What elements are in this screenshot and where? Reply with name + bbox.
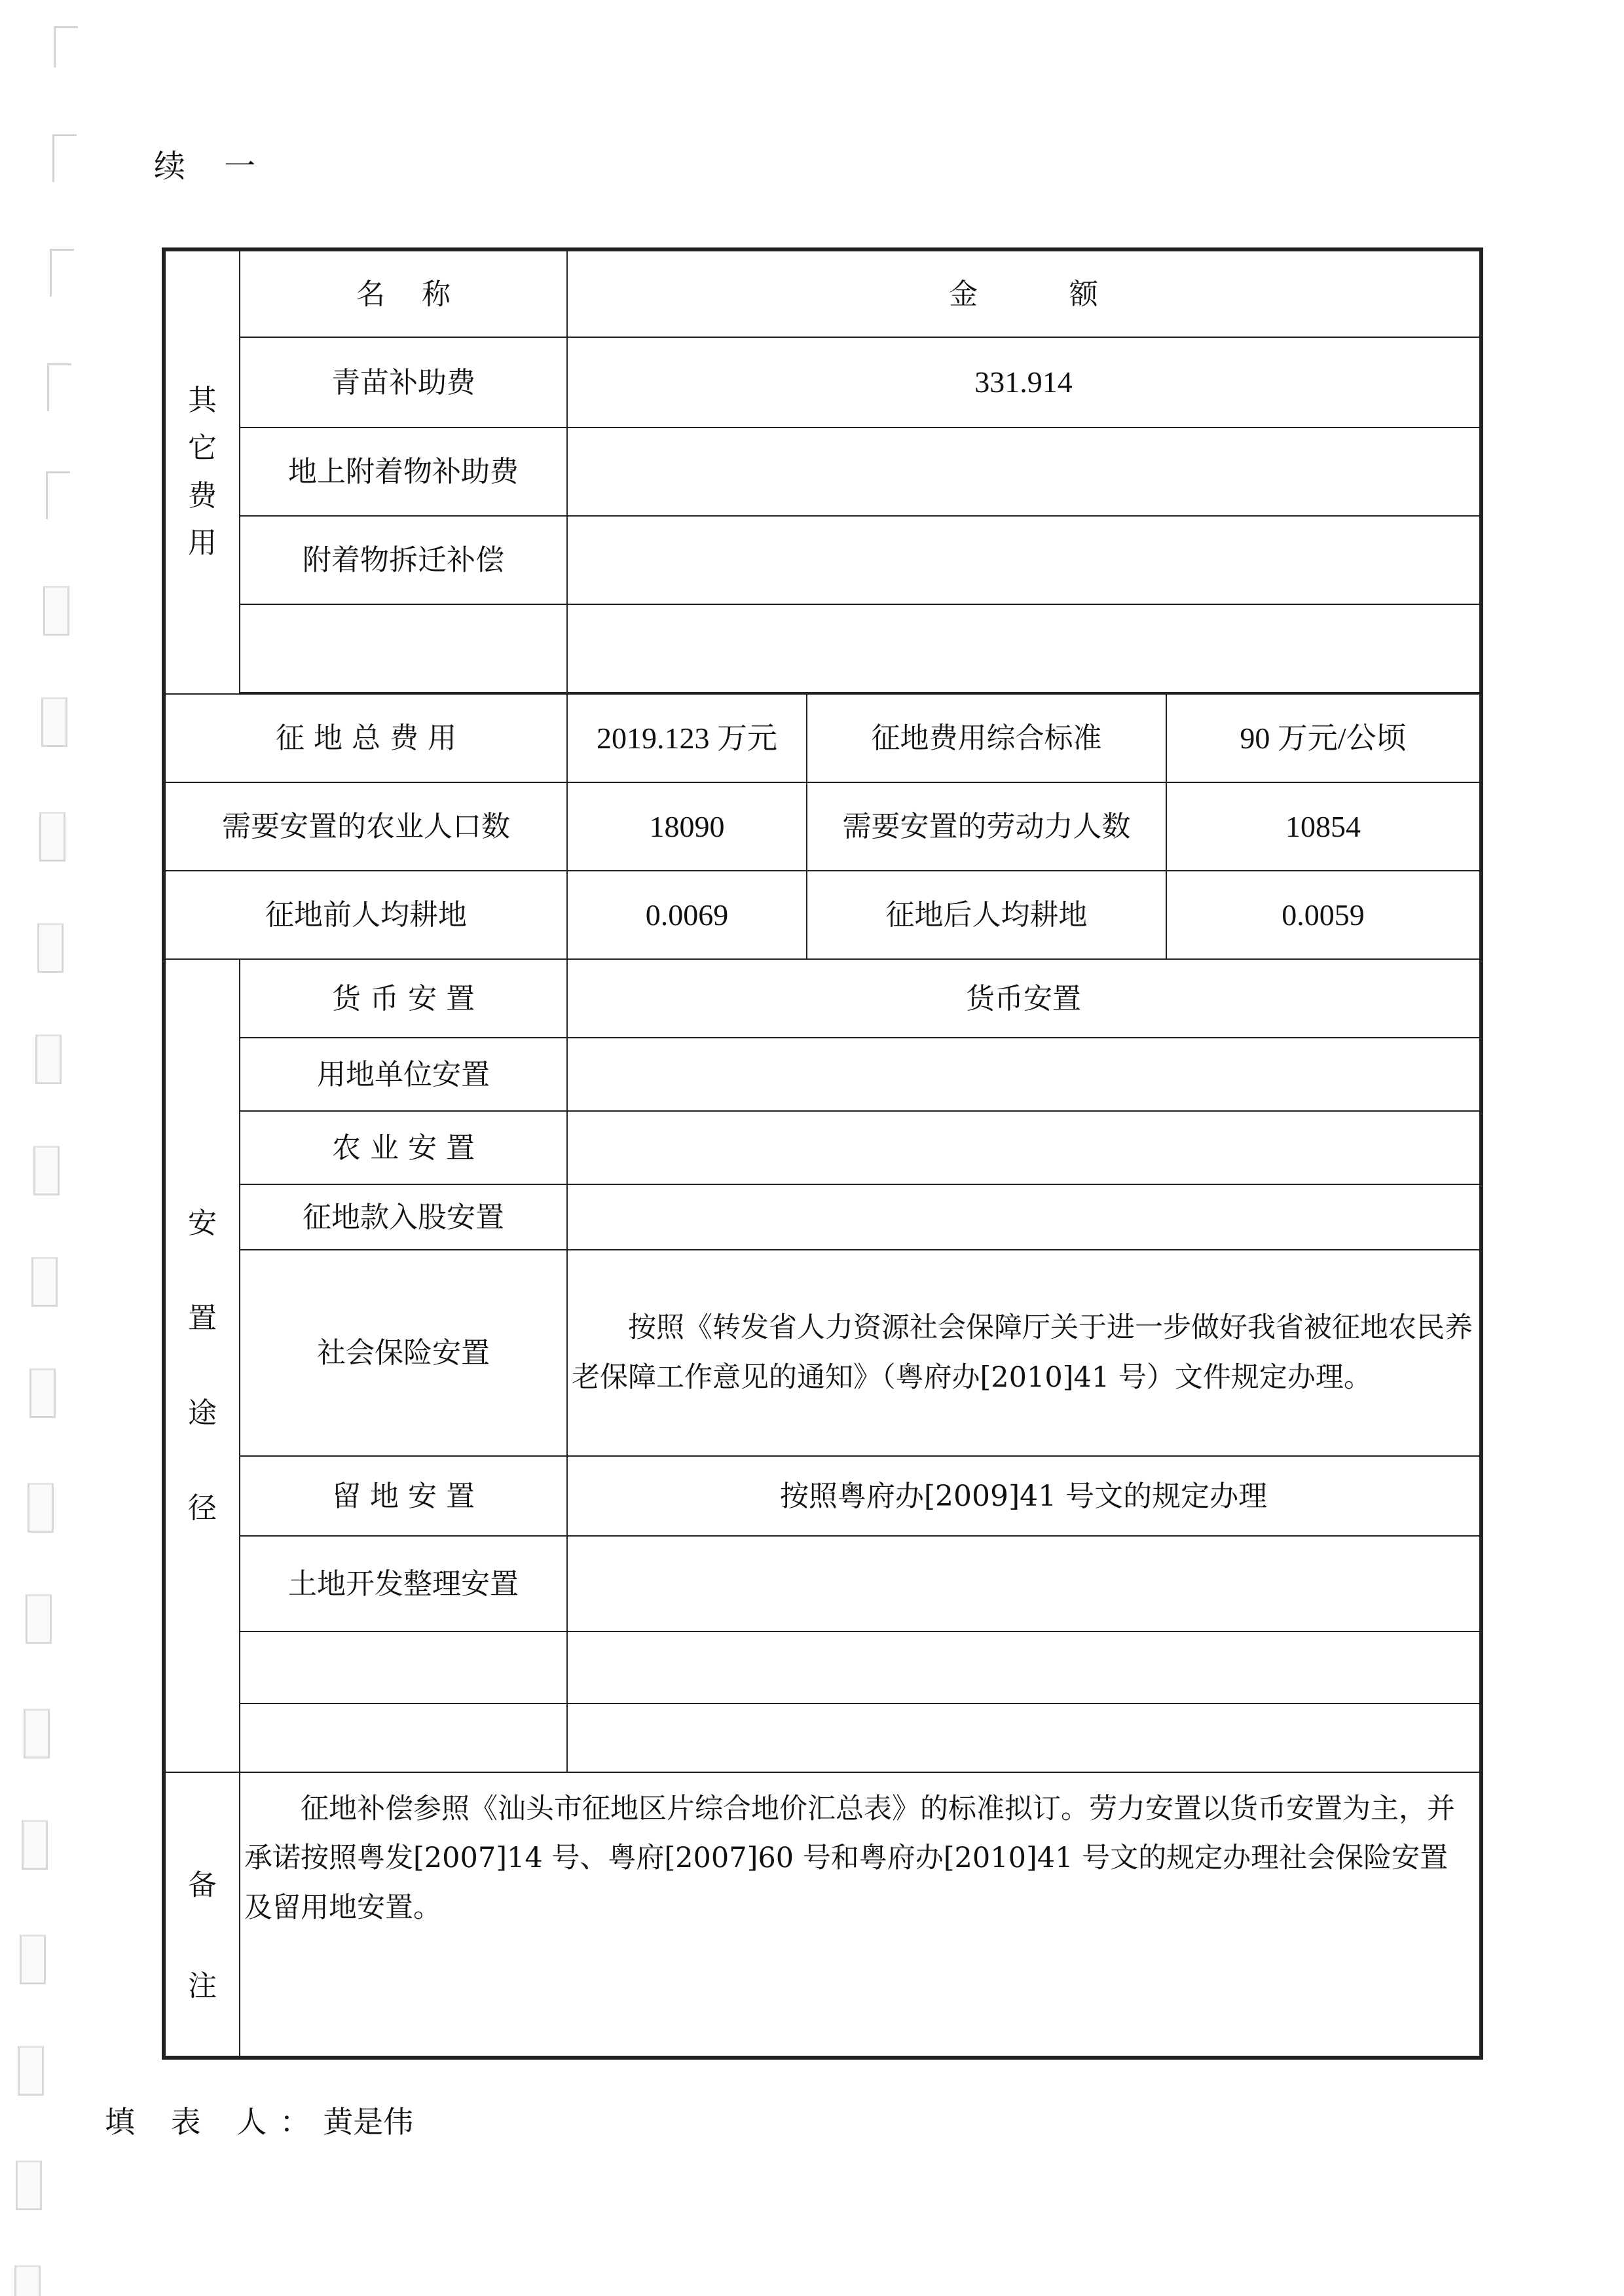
cost-item-amount: 331.914	[567, 337, 1481, 428]
filler-label: 填 表 人：	[105, 2104, 323, 2140]
resettlement-method-value	[567, 1536, 1481, 1631]
resettlement-method-name: 货 币 安 置	[240, 959, 567, 1038]
summary-row: 征地前人均耕地 0.0069 征地后人均耕地 0.0059	[164, 871, 1481, 959]
page-heading: 续 一	[154, 141, 270, 186]
resettlement-method-value: 货币安置	[567, 959, 1481, 1038]
summary-label: 征地后人均耕地	[807, 871, 1166, 959]
binding-mark	[22, 1820, 48, 1870]
binding-mark	[28, 1483, 54, 1533]
form-filler: 填 表 人：黄是伟	[105, 2098, 413, 2141]
resettlement-method-value	[567, 1631, 1481, 1704]
binding-mark	[24, 1709, 50, 1758]
resettlement-method-name	[240, 1631, 567, 1704]
summary-value: 2019.123 万元	[567, 694, 807, 782]
resettlement-method-value: 按照粤府办[2009]41 号文的规定办理	[567, 1456, 1481, 1536]
table-row: 附着物拆迁补偿	[164, 516, 1481, 604]
resettlement-method-name	[240, 1704, 567, 1772]
binding-mark	[18, 2046, 44, 2096]
summary-row: 需要安置的农业人口数 18090 需要安置的劳动力人数 10854	[164, 782, 1481, 871]
binding-mark	[54, 26, 78, 67]
summary-value: 10854	[1166, 782, 1481, 871]
binding-mark	[16, 2160, 42, 2210]
cost-item-amount	[567, 516, 1481, 604]
binding-mark	[47, 363, 71, 411]
table-row: 地上附着物补助费	[164, 428, 1481, 516]
cost-item-name: 地上附着物补助费	[240, 428, 567, 516]
binding-mark	[39, 812, 65, 862]
binding-mark	[31, 1257, 58, 1307]
remarks-section-label: 备 注	[164, 1772, 240, 2058]
resettlement-row	[164, 1704, 1481, 1772]
cost-item-name	[240, 604, 567, 693]
resettlement-row: 征地款入股安置	[164, 1184, 1481, 1250]
cost-item-name: 附着物拆迁补偿	[240, 516, 567, 604]
cost-item-amount	[567, 604, 1481, 693]
column-header-name: 名 称	[240, 249, 567, 337]
binding-mark	[20, 1935, 46, 1984]
binding-mark	[35, 1034, 62, 1084]
summary-label: 征地费用综合标准	[807, 694, 1166, 782]
other-costs-section-label: 其 它 费 用	[164, 249, 240, 694]
resettlement-row: 社会保险安置 按照《转发省人力资源社会保障厅关于进一步做好我省被征地农民养老保障…	[164, 1250, 1481, 1456]
resettlement-row: 留 地 安 置 按照粤府办[2009]41 号文的规定办理	[164, 1456, 1481, 1536]
land-acquisition-form-table: 其 它 费 用 名 称 金 额 青苗补助费 331.914 地上附着物补助费 附…	[162, 247, 1483, 2060]
resettlement-method-value: 按照《转发省人力资源社会保障厅关于进一步做好我省被征地农民养老保障工作意见的通知…	[567, 1250, 1481, 1456]
resettlement-row: 土地开发整理安置	[164, 1536, 1481, 1631]
resettlement-method-value	[567, 1704, 1481, 1772]
summary-value: 0.0069	[567, 871, 807, 959]
resettlement-method-name: 土地开发整理安置	[240, 1536, 567, 1631]
resettlement-method-value	[567, 1038, 1481, 1111]
binding-mark	[14, 2265, 41, 2296]
summary-value: 18090	[567, 782, 807, 871]
table-row: 青苗补助费 331.914	[164, 337, 1481, 428]
summary-label: 征 地 总 费 用	[164, 694, 567, 782]
resettlement-method-value	[567, 1184, 1481, 1250]
remarks-text: 征地补偿参照《汕头市征地区片综合地价汇总表》的标准拟订。劳力安置以货币安置为主，…	[240, 1772, 1481, 2058]
summary-label: 需要安置的农业人口数	[164, 782, 567, 871]
resettlement-method-name: 征地款入股安置	[240, 1184, 567, 1250]
summary-value: 0.0059	[1166, 871, 1481, 959]
filler-name: 黄是伟	[323, 2104, 413, 2140]
binding-mark	[41, 697, 67, 747]
binding-mark	[26, 1594, 52, 1644]
other-costs-header-row: 其 它 费 用 名 称 金 额	[164, 249, 1481, 337]
cost-item-amount	[567, 428, 1481, 516]
summary-label: 需要安置的劳动力人数	[807, 782, 1166, 871]
resettlement-section-label: 安 置 途 径	[164, 959, 240, 1772]
cost-item-name: 青苗补助费	[240, 337, 567, 428]
summary-row: 征 地 总 费 用 2019.123 万元 征地费用综合标准 90 万元/公顷	[164, 694, 1481, 782]
binding-mark	[33, 1146, 60, 1195]
resettlement-method-value	[567, 1111, 1481, 1184]
resettlement-row: 安 置 途 径 货 币 安 置 货币安置	[164, 959, 1481, 1038]
resettlement-row: 用地单位安置	[164, 1038, 1481, 1111]
resettlement-row: 农 业 安 置	[164, 1111, 1481, 1184]
binding-mark	[52, 134, 77, 182]
resettlement-method-name: 用地单位安置	[240, 1038, 567, 1111]
column-header-amount: 金 额	[567, 249, 1481, 337]
binding-mark	[46, 471, 70, 519]
table-row	[164, 604, 1481, 693]
resettlement-method-name: 社会保险安置	[240, 1250, 567, 1456]
resettlement-row	[164, 1631, 1481, 1704]
summary-value: 90 万元/公顷	[1166, 694, 1481, 782]
resettlement-method-name: 农 业 安 置	[240, 1111, 567, 1184]
binding-mark	[29, 1368, 56, 1418]
binding-mark	[50, 249, 74, 297]
resettlement-method-name: 留 地 安 置	[240, 1456, 567, 1536]
binding-mark	[43, 586, 69, 636]
summary-label: 征地前人均耕地	[164, 871, 567, 959]
remarks-row: 备 注 征地补偿参照《汕头市征地区片综合地价汇总表》的标准拟订。劳力安置以货币安…	[164, 1772, 1481, 2058]
binding-mark	[37, 923, 64, 973]
